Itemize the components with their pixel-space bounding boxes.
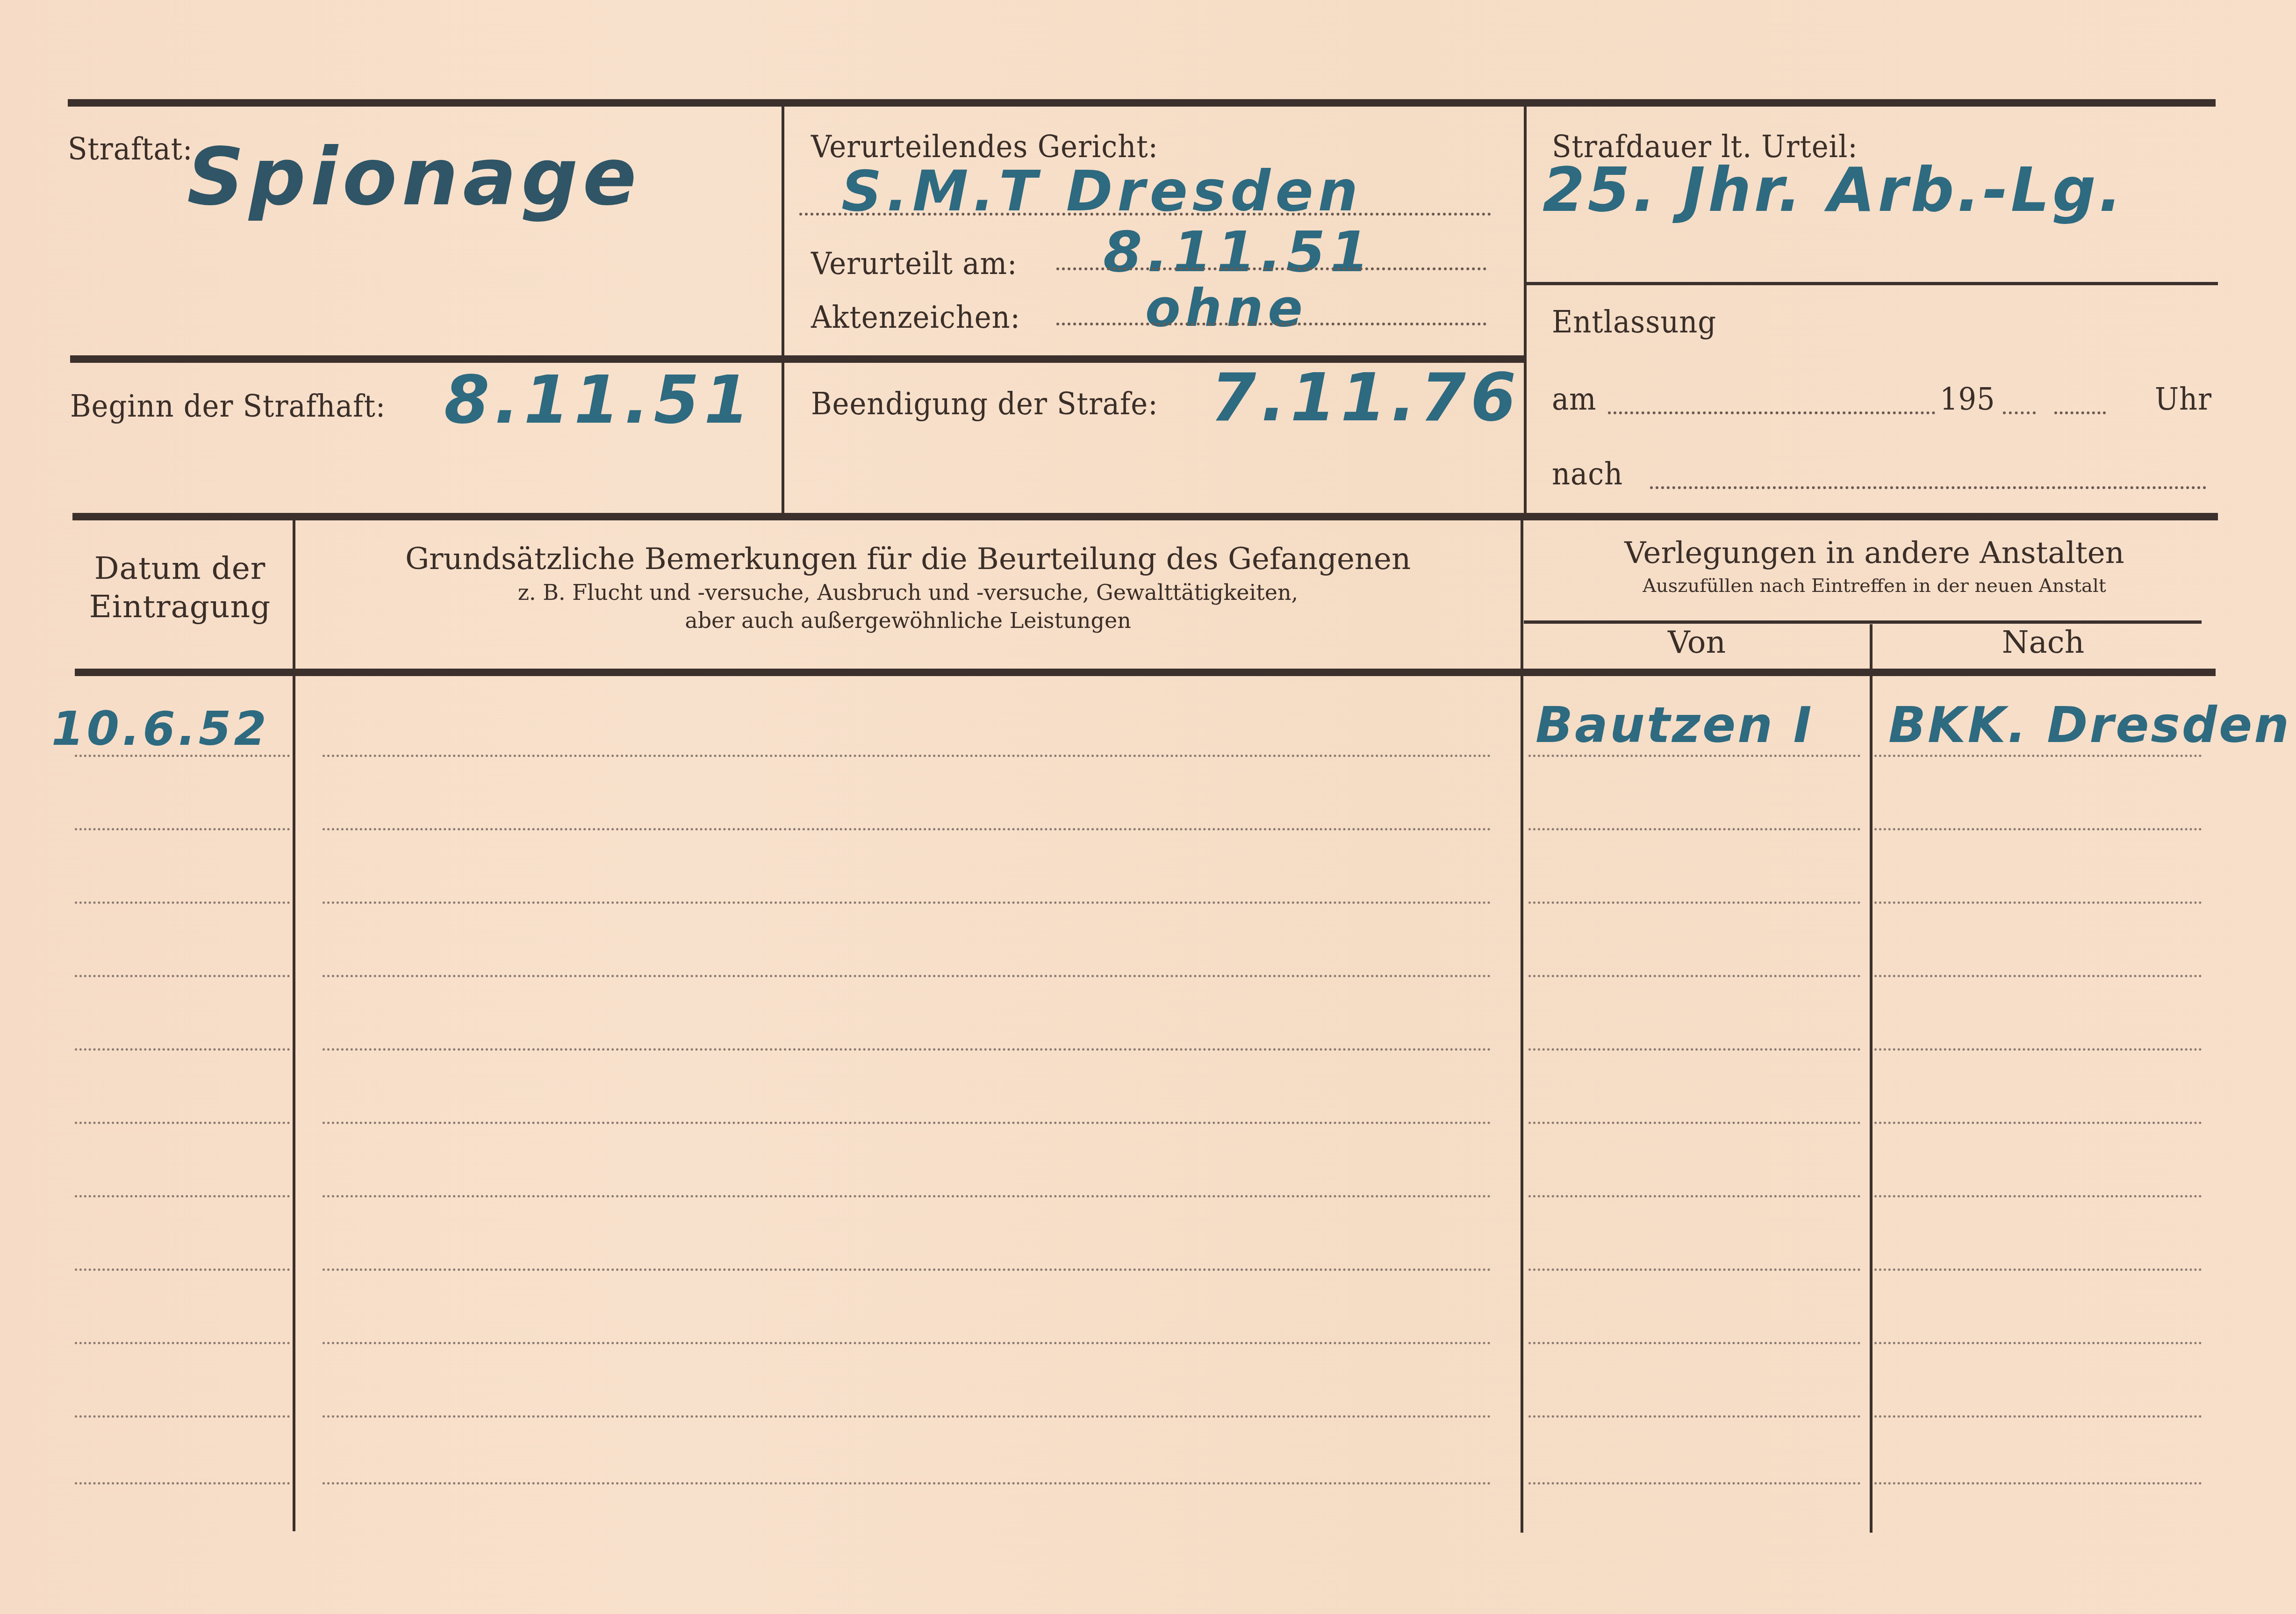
row-line: [323, 1342, 1491, 1344]
row-line: [75, 828, 290, 830]
row-line: [323, 1268, 1491, 1271]
row-line: [1874, 1268, 2202, 1271]
aktenzeichen-dotted-line: [1056, 323, 1486, 325]
verlegungen-header: Verlegungen in andere Anstalten Auszufül…: [1524, 533, 2225, 598]
strafdauer-value[interactable]: 25. Jhr. Arb.-Lg.: [1543, 154, 2124, 225]
row-line: [323, 1195, 1491, 1197]
entlassung-label: Entlassung: [1552, 304, 1716, 340]
von-nach-divider: [1870, 624, 1873, 1533]
verlegungen-title: Verlegungen in andere Anstalten: [1524, 533, 2225, 573]
row-line: [1528, 1415, 1860, 1418]
aktenzeichen-value[interactable]: ohne: [1145, 278, 1307, 338]
row-line: [1528, 1122, 1860, 1124]
top-border: [68, 99, 2216, 107]
right-section-divider: [1526, 282, 2218, 285]
row-line: [1528, 901, 1860, 904]
row-line: [323, 1415, 1491, 1418]
row-line: [1528, 975, 1860, 977]
row-line: [75, 1268, 290, 1271]
row-line: [323, 975, 1491, 977]
straftat-label: Straftat:: [68, 131, 193, 167]
row-line: [1528, 828, 1860, 830]
row-line: [1874, 1195, 2202, 1197]
entlassung-am-field[interactable]: [1608, 411, 1935, 414]
row-line: [1874, 1342, 2202, 1344]
bemerkungen-header: Grundsätzliche Bemerkungen für die Beurt…: [297, 540, 1519, 635]
gericht-dotted-line: [799, 213, 1491, 216]
straftat-value[interactable]: Spionage: [187, 131, 641, 223]
row-von[interactable]: Bautzen I: [1535, 697, 1814, 754]
bemerkungen-sub1: z. B. Flucht und -versuche, Ausbruch und…: [297, 579, 1519, 607]
row-line: [1874, 901, 2202, 904]
row-line: [75, 975, 290, 977]
nach-header: Nach: [1873, 624, 2214, 660]
row-line: [323, 1122, 1491, 1124]
entlassung-uhr-label: Uhr: [2155, 381, 2212, 417]
aktenzeichen-label: Aktenzeichen:: [811, 299, 1020, 335]
bemerkungen-title: Grundsätzliche Bemerkungen für die Beurt…: [297, 540, 1519, 579]
row-line: [1874, 1122, 2202, 1124]
row-line: [75, 1122, 290, 1124]
von-header: Von: [1524, 624, 1870, 660]
row-nach[interactable]: BKK. Dresden: [1888, 697, 2291, 754]
bemerkungen-sub2: aber auch außergewöhnliche Leistungen: [297, 607, 1519, 635]
row-line: [75, 901, 290, 904]
verlegungen-subheader-line: [1524, 620, 2202, 624]
entlassung-nach-label: nach: [1552, 456, 1623, 492]
entlassung-nach-field[interactable]: [1650, 486, 2206, 489]
row-line: [1874, 1048, 2202, 1051]
row-line: [75, 1342, 290, 1344]
row-datum[interactable]: 10.6.52: [51, 701, 269, 756]
verlegungen-sub: Auszufüllen nach Eintreffen in der neuen…: [1524, 573, 2225, 598]
entlassung-year-prefix: 195: [1940, 381, 1995, 417]
entlassung-am-label: am: [1552, 381, 1597, 417]
row-line: [75, 1415, 290, 1418]
row-line: [1874, 755, 2202, 757]
datum-header: Datum der Eintragung: [70, 549, 290, 626]
row-line: [1874, 1415, 2202, 1418]
row-line: [75, 1048, 290, 1051]
row-line: [323, 755, 1491, 757]
beendigung-value[interactable]: 7.11.76: [1211, 360, 1521, 436]
row-line: [1528, 1482, 1860, 1484]
row-line: [75, 1482, 290, 1484]
divider-middle-right: [1524, 107, 1527, 514]
verurteilt-dotted-line: [1056, 267, 1486, 270]
row-line: [1528, 755, 1860, 757]
row-line: [1528, 1195, 1860, 1197]
verurteilt-value[interactable]: 8.11.51: [1103, 220, 1374, 285]
row-line: [1874, 1482, 2202, 1484]
table-header-bottom: [75, 669, 2216, 676]
row-line: [1874, 828, 2202, 830]
entlassung-time-field[interactable]: [2054, 411, 2106, 414]
row-line: [323, 1482, 1491, 1484]
row-line: [1528, 1048, 1860, 1051]
beginn-value[interactable]: 8.11.51: [444, 362, 754, 439]
table-top-border: [72, 513, 2218, 520]
row-line: [1528, 1342, 1860, 1344]
row-line: [1528, 1268, 1860, 1271]
entlassung-year-field[interactable]: [2003, 411, 2036, 414]
row-line: [1874, 975, 2202, 977]
row-line: [323, 828, 1491, 830]
verurteilt-label: Verurteilt am:: [811, 245, 1017, 281]
beginn-label: Beginn der Strafhaft:: [70, 388, 386, 424]
beendigung-label: Beendigung der Strafe:: [811, 386, 1158, 422]
divider-left-middle: [782, 107, 784, 514]
row-line: [323, 1048, 1491, 1051]
row-line: [75, 1195, 290, 1197]
row-line: [323, 901, 1491, 904]
